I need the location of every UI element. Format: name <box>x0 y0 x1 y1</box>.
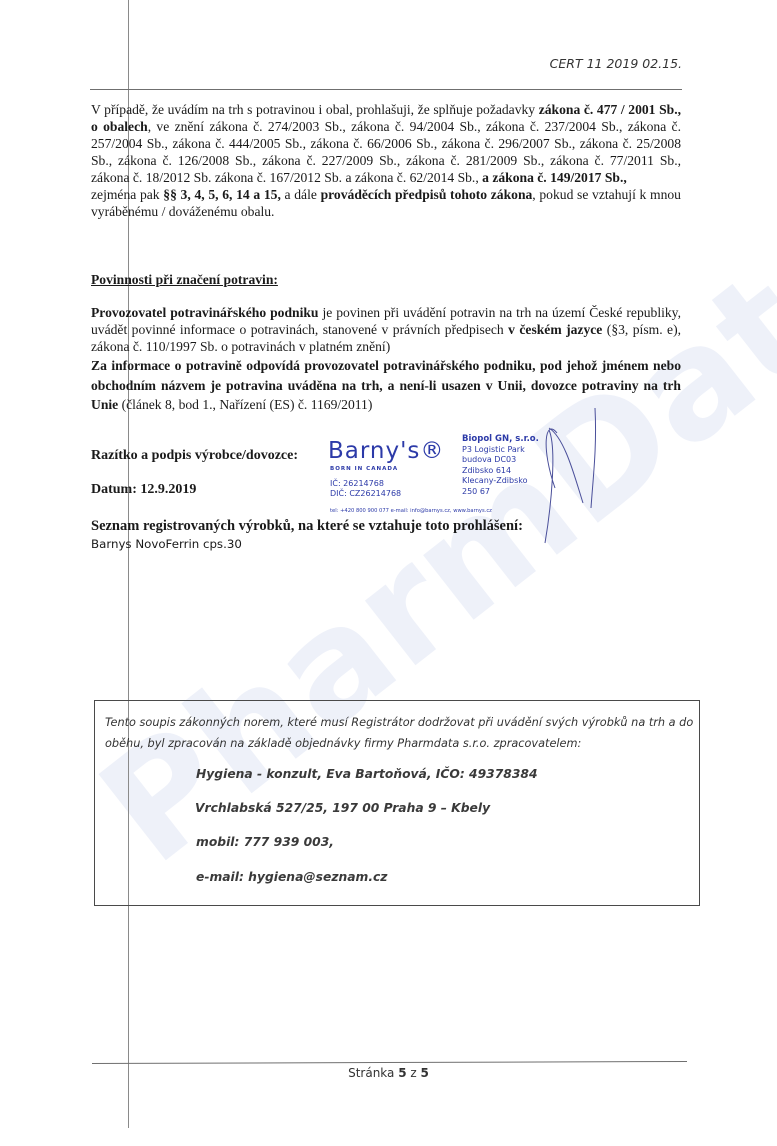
document-code: CERT 11 2019 02.15. <box>550 56 682 71</box>
last-amendment: a zákona č. 149/2017 Sb., <box>482 170 627 185</box>
date-row: Datum: 12.9.2019 <box>91 482 196 498</box>
footer-divider <box>92 1061 687 1064</box>
info-intro: Tento soupis zákonných norem, které musí… <box>105 712 695 754</box>
page-total: 5 <box>421 1066 429 1080</box>
company-stamp: Barny's® BORN IN CANADA IČ: 26214768 DIČ… <box>328 434 548 518</box>
processor-email: e-mail: hygiena@seznam.cz <box>196 870 387 884</box>
stamp-company: Biopol GN, s.r.o. P3 Logistic Park budov… <box>462 434 539 497</box>
stamp-address-line: P3 Logistic Park <box>462 445 539 456</box>
handwritten-signature <box>535 408 615 548</box>
labeling-heading: Povinnosti při značení potravin: <box>91 272 278 288</box>
operator-term: Provozovatel potravinářského podniku <box>91 305 318 320</box>
date-label: Datum: <box>91 482 137 497</box>
stamp-address-line: 250 67 <box>462 487 539 498</box>
processor-name: Hygiena - konzult, Eva Bartoňová, IČO: 4… <box>196 767 538 781</box>
packaging-sections: zejména pak §§ 3, 4, 5, 6, 14 a 15, a dá… <box>91 186 681 220</box>
sections-list: §§ 3, 4, 5, 6, 14 a 15, <box>163 187 281 202</box>
processor-mobile: mobil: 777 939 003, <box>196 835 334 849</box>
date-value: 12.9.2019 <box>140 482 196 497</box>
processor-info-box: Tento soupis zákonných norem, které musí… <box>94 700 700 906</box>
stamp-address-line: Klecany-Zdibsko <box>462 476 539 487</box>
stamp-ic: IČ: 26214768 <box>330 479 401 489</box>
page-label: Stránka <box>348 1066 394 1080</box>
stamp-company-name: Biopol GN, s.r.o. <box>462 434 539 445</box>
processor-address: Vrchlabská 527/25, 197 00 Praha 9 – Kbel… <box>195 801 490 815</box>
declaration-intro: V případě, že uvádím na trh s potravinou… <box>91 102 539 117</box>
stamp-contact: tel: +420 800 900 077 e-mail: info@barny… <box>330 508 492 514</box>
product-item: Barnys NovoFerrin cps.30 <box>91 537 242 551</box>
stamp-ids: IČ: 26214768 DIČ: CZ26214768 <box>330 479 401 499</box>
responsibility-reference: (článek 8, bod 1., Nařízení (ES) č. 1169… <box>118 397 372 412</box>
header-divider <box>90 89 682 90</box>
sections-mid: a dále <box>281 187 321 202</box>
page-number: Stránka 5 z 5 <box>0 1066 777 1080</box>
stamp-tagline: BORN IN CANADA <box>330 466 398 472</box>
labeling-paragraph: Provozovatel potravinářského podniku je … <box>91 304 681 355</box>
barnys-logo: Barny's® <box>328 438 444 464</box>
sections-prefix: zejména pak <box>91 187 163 202</box>
page-current: 5 <box>398 1066 406 1080</box>
product-list-heading: Seznam registrovaných výrobků, na které … <box>91 518 523 535</box>
stamp-address-line: Zdibsko 614 <box>462 466 539 477</box>
regulations: prováděcích předpisů tohoto zákona <box>321 187 533 202</box>
czech-language: v českém jazyce <box>508 322 602 337</box>
stamp-address-line: budova DC03 <box>462 455 539 466</box>
responsibility-paragraph: Za informace o potravině odpovídá provoz… <box>91 356 681 415</box>
stamp-dic: DIČ: CZ26214768 <box>330 489 401 499</box>
page-separator: z <box>410 1066 416 1080</box>
packaging-declaration: V případě, že uvádím na trh s potravinou… <box>91 101 681 186</box>
stamp-label: Razítko a podpis výrobce/dovozce: <box>91 448 298 464</box>
